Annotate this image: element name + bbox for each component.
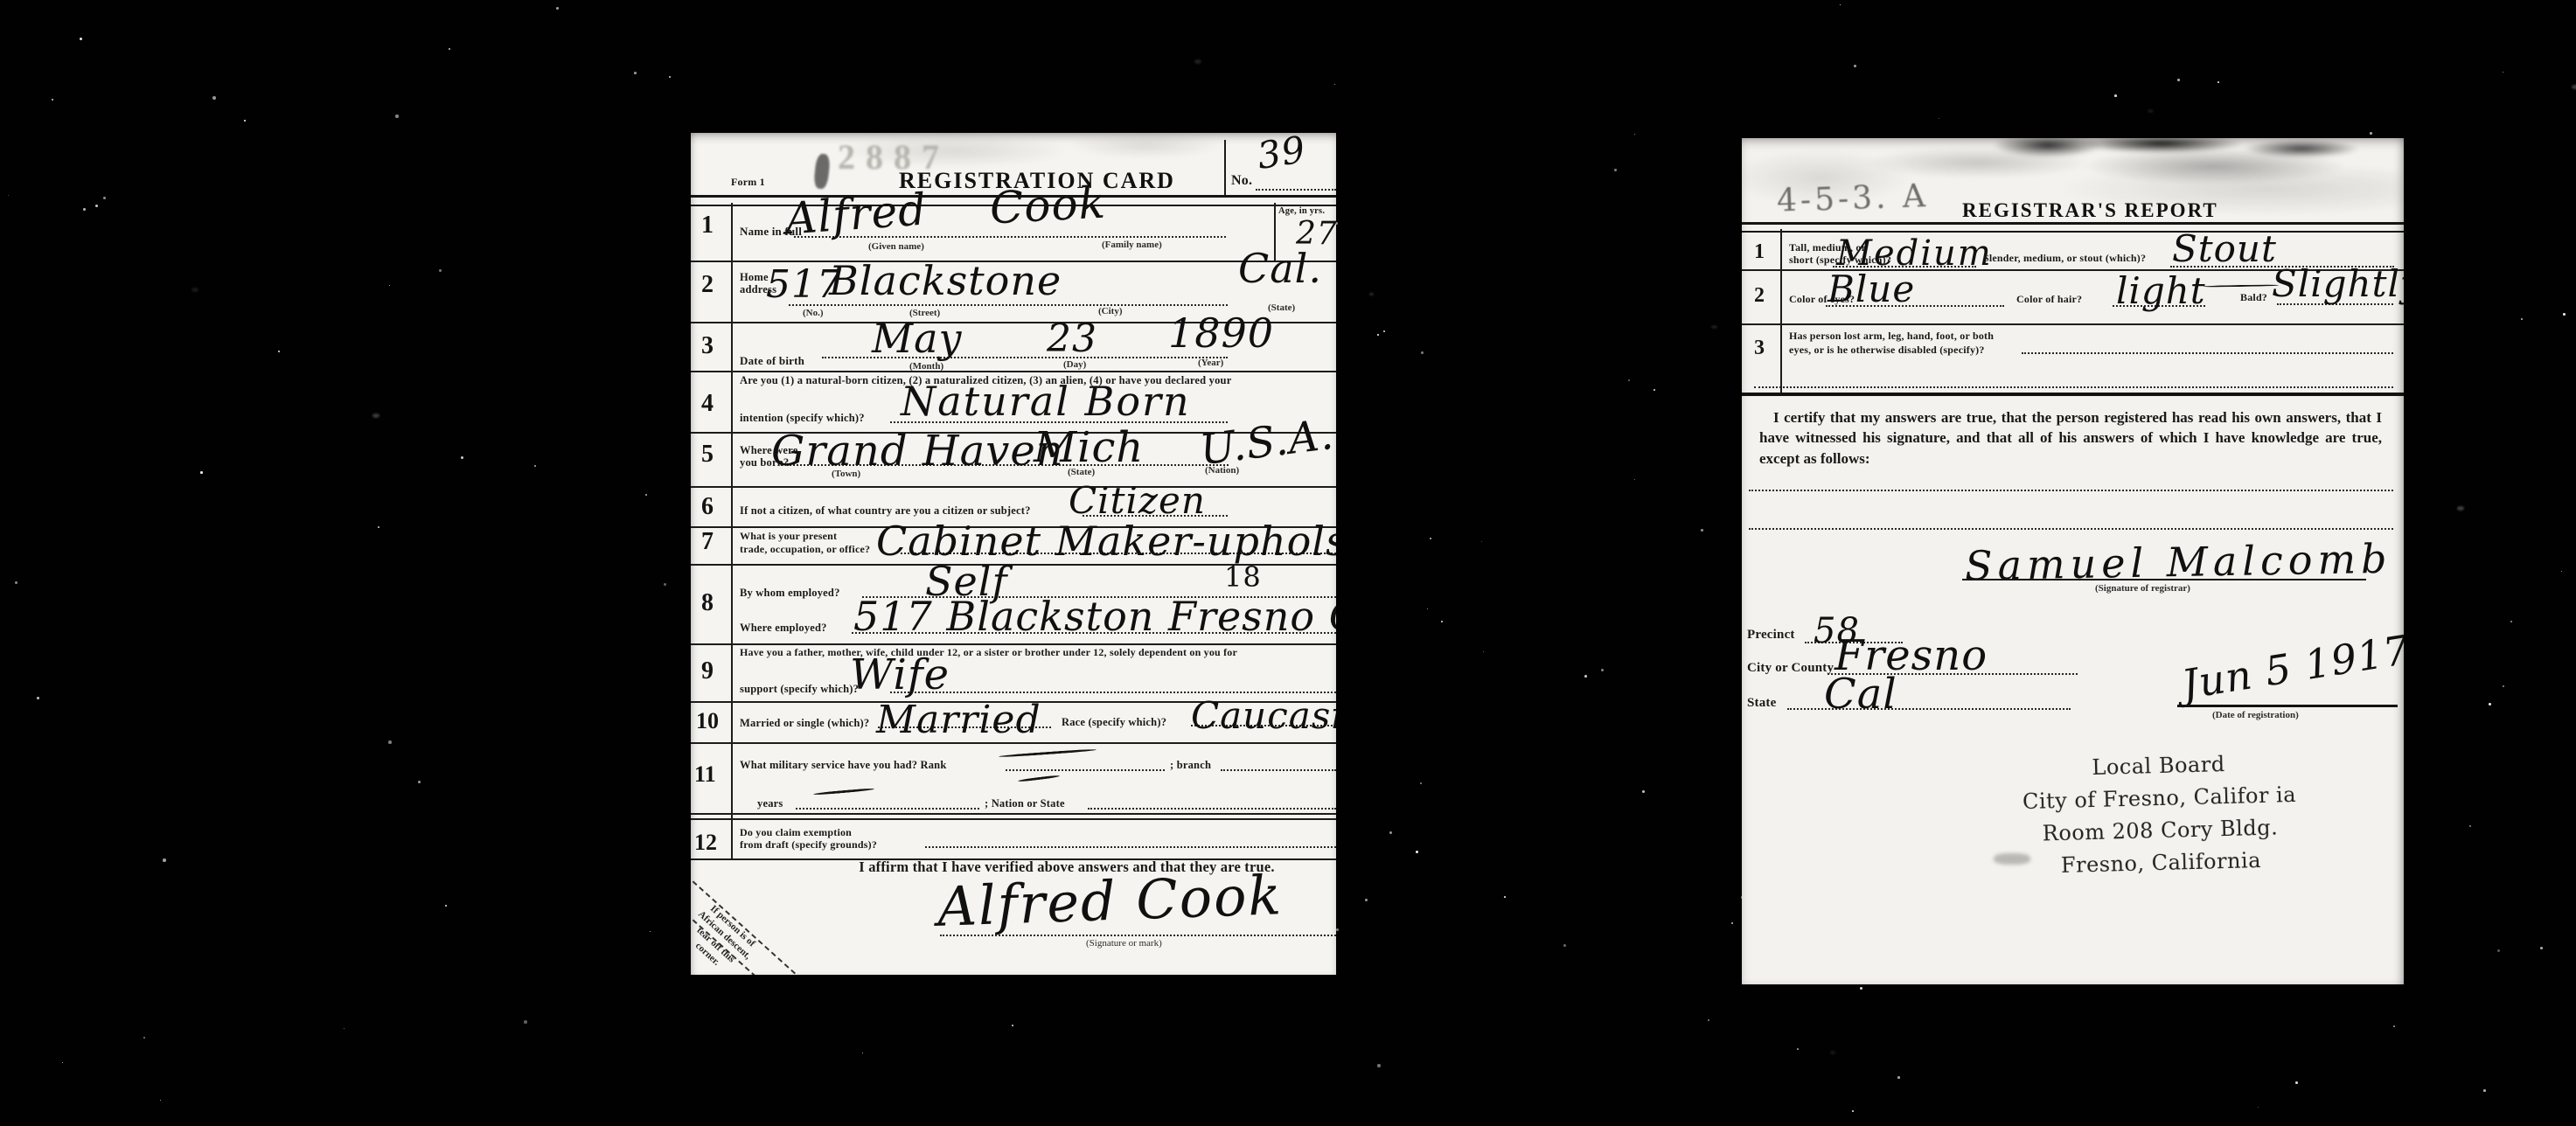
row-number-divider — [1780, 229, 1782, 393]
row-number: 4 — [701, 392, 714, 416]
certification-statement: I certify that my answers are true, that… — [1759, 407, 2382, 469]
dotted-line — [1256, 189, 1336, 191]
birth-state-handwriting: Mich — [1034, 427, 1144, 469]
row-number-divider — [731, 203, 733, 858]
by-whom-employed-label: By whom employed? — [740, 587, 840, 599]
stamp-smudge — [1994, 853, 2030, 865]
registrar-signature-caption: (Signature of registrar) — [2095, 583, 2190, 594]
row-divider — [691, 643, 1336, 645]
race-handwriting: Caucasian — [1191, 698, 1336, 734]
signature-line — [1962, 579, 2366, 580]
exemption-label-line1: Do you claim exemption — [740, 827, 852, 838]
pencil-code-stamp: 4-5-3. A — [1776, 181, 1929, 218]
city-county-label: City or County — [1747, 661, 1834, 676]
birth-day-handwriting: 23 — [1047, 320, 1097, 358]
build-label: Slender, medium, or stout (which)? — [1983, 253, 2146, 264]
microfilm-scan-viewer: Form 1 2887 REGISTRATION CARD No. 39 1 N… — [0, 0, 2576, 1126]
military-service-label: What military service have you had? Rank — [740, 759, 946, 771]
race-label: Race (specify which)? — [1062, 716, 1166, 728]
family-name-handwriting: Cook — [989, 181, 1107, 231]
section-rule — [1742, 393, 2404, 396]
date-caption: (Date of registration) — [2212, 710, 2299, 720]
trade-label-line1: What is your present — [740, 531, 837, 542]
row-divider — [691, 486, 1336, 488]
month-caption: (Month) — [909, 361, 943, 372]
row-divider — [691, 818, 1336, 820]
row-number: 10 — [696, 710, 719, 733]
eye-color-handwriting: Blue — [1828, 271, 1915, 308]
city-caption: (City) — [1098, 306, 1123, 316]
where-employed-label: Where employed? — [740, 622, 827, 634]
serial-no-handwriting: 39 — [1255, 133, 1308, 175]
year-caption: (Year) — [1198, 358, 1223, 368]
married-single-label: Married or single (which)? — [740, 717, 869, 729]
dependents-handwriting: Wife — [850, 654, 950, 696]
trade-label-line2: trade, occupation, or office? — [740, 544, 870, 555]
hair-color-label: Color of hair? — [2016, 294, 2082, 305]
dotted-line — [796, 808, 979, 810]
dotted-line — [1221, 769, 1336, 771]
header-rule — [1742, 222, 2404, 233]
precinct-label: Precinct — [1747, 628, 1795, 643]
handwritten-dash — [1018, 775, 1060, 782]
hair-color-handwriting: light — [2116, 273, 2206, 309]
registrars-report-card: 4-5-3. A REGISTRAR'S REPORT 1 Tall, medi… — [1742, 138, 2404, 984]
date-line — [2177, 705, 2398, 707]
date-of-birth-label: Date of birth — [740, 355, 804, 368]
exemption-label-line2: from draft (specify grounds)? — [740, 839, 877, 851]
dotted-line — [1754, 386, 2393, 388]
handwritten-stroke — [2204, 284, 2279, 288]
row-divider — [691, 742, 1336, 744]
bald-label: Bald? — [2240, 292, 2267, 303]
work-address-handwriting: 517 Blackston Fresno Cal — [853, 596, 1336, 636]
row-number: 2 — [701, 273, 714, 297]
birth-year-handwriting: 1890 — [1168, 313, 1274, 353]
dependents-label-line1: Have you a father, mother, wife, child u… — [740, 647, 1237, 658]
no-label: No. — [1231, 173, 1252, 189]
citizen-subject-label: If not a citizen, of what country are yo… — [740, 504, 1031, 517]
row-number: 8 — [701, 591, 714, 615]
bald-handwriting: Slightly — [2272, 266, 2404, 302]
disability-label-line2: eyes, or is he otherwise disabled (speci… — [1789, 344, 1985, 356]
build-handwriting: Stout — [2172, 231, 2277, 268]
citizenship-answer-handwriting: Natural Born — [901, 381, 1191, 421]
row-number: 1 — [1754, 241, 1765, 262]
no-caption: (No.) — [803, 308, 824, 318]
row-number: 2 — [1754, 285, 1765, 306]
african-descent-corner-note: If person is of African descent, tear of… — [691, 886, 776, 975]
citizenship-question-line2: intention (specify which)? — [740, 412, 865, 424]
birth-town-handwriting: Grand Haven — [771, 430, 1064, 472]
dependents-label-line2: support (specify which)? — [740, 683, 859, 695]
signature-line — [940, 935, 1336, 936]
dotted-line — [789, 304, 1228, 306]
handwritten-dash — [999, 748, 1097, 758]
row-number: 6 — [701, 495, 714, 519]
branch-label: ; branch — [1170, 759, 1211, 771]
nation-or-state-label: ; Nation or State — [985, 797, 1065, 810]
state-label: State — [1747, 696, 1777, 711]
dotted-line — [2022, 352, 2393, 354]
family-name-caption: (Family name) — [1102, 240, 1162, 250]
form-number-label: Form 1 — [731, 177, 765, 188]
local-board-stamp: Local Board City of Fresno, Califor ia R… — [2002, 746, 2317, 883]
dotted-line — [1088, 808, 1336, 810]
registration-date-handwriting: Jun 5 1917 — [2179, 629, 2404, 705]
row-divider — [1742, 323, 2404, 325]
dotted-line — [890, 692, 1336, 693]
registrant-signature-handwriting: Alfred Cook — [936, 868, 1284, 935]
trade-handwriting: Cabinet Maker-upholsterer — [876, 521, 1336, 561]
row-number: 12 — [694, 831, 717, 854]
dotted-line — [1749, 490, 2393, 491]
street-name-handwriting: Blackstone — [829, 261, 1062, 301]
birth-month-handwriting: May — [872, 318, 963, 358]
given-name-handwriting: Alfred — [783, 187, 928, 240]
dotted-line — [1749, 528, 2393, 530]
disability-label-line1: Has person lost arm, leg, hand, foot, or… — [1789, 330, 1994, 342]
row-number: 5 — [701, 442, 714, 467]
handwritten-dash — [813, 788, 874, 796]
registration-card: Form 1 2887 REGISTRATION CARD No. 39 1 N… — [691, 133, 1336, 975]
state-handwriting: Cal — [1824, 673, 1897, 715]
note-18-handwriting: 18 — [1224, 563, 1262, 591]
row-divider — [691, 813, 1336, 815]
given-name-caption: (Given name) — [868, 241, 924, 252]
state-handwriting: Cal. — [1238, 248, 1322, 288]
row-number: 3 — [701, 334, 714, 358]
dotted-line — [1006, 769, 1165, 771]
row-divider — [691, 371, 1336, 372]
no-box-divider — [1224, 140, 1226, 198]
age-label: Age, in yrs. — [1278, 206, 1325, 217]
row-number: 7 — [701, 530, 714, 554]
row-number: 3 — [1754, 337, 1765, 358]
marital-status-handwriting: Married — [876, 701, 1041, 740]
registrars-report-title: REGISTRAR'S REPORT — [1962, 199, 2218, 222]
row-number: 11 — [694, 763, 716, 786]
citizen-answer-handwriting: Citizen — [1069, 483, 1206, 519]
years-label: years — [757, 797, 783, 810]
row-number: 1 — [701, 213, 714, 238]
row-number: 9 — [701, 659, 714, 684]
dotted-line — [925, 846, 1336, 848]
signature-caption: (Signature or mark) — [1086, 938, 1162, 949]
